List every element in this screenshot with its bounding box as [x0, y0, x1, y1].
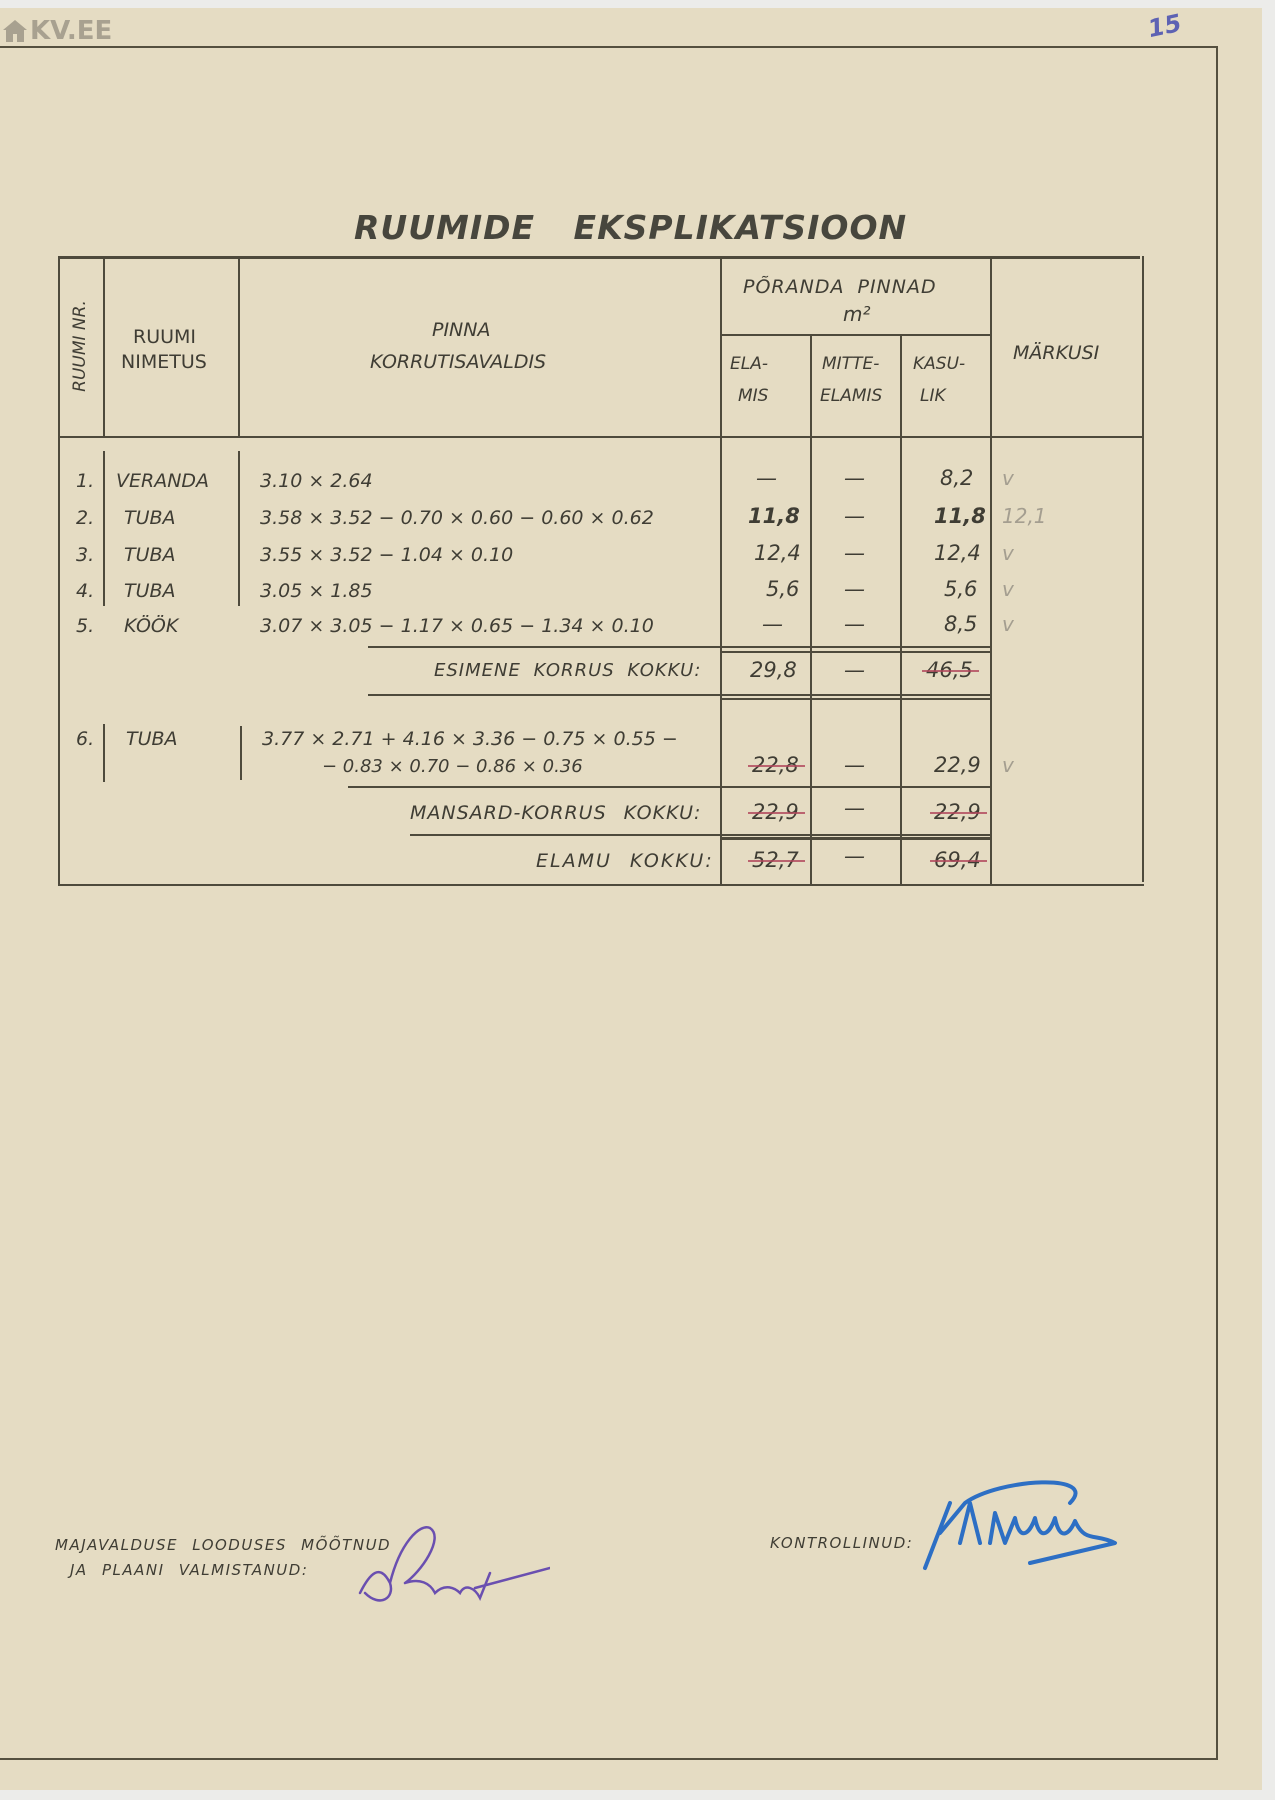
page-title: RUUMIDE EKSPLIKATSIOON — [354, 208, 907, 247]
header-room-no: RUUMI NR. — [70, 296, 90, 396]
row-no: 3. — [76, 544, 94, 566]
subtotal-useful: 46,5 — [926, 658, 973, 682]
row-formula: 3.10 × 2.64 — [260, 470, 373, 492]
row-name: VERANDA — [116, 470, 209, 492]
total-nonliving: — — [844, 844, 865, 868]
row-name: TUBA — [124, 544, 176, 566]
row-useful: 11,8 — [934, 504, 986, 528]
header-room-name-1: RUUMI — [133, 326, 196, 348]
row-living: 22,8 — [752, 753, 799, 777]
row-remark: v — [1002, 541, 1014, 565]
header-room-name-2: NIMETUS — [121, 351, 207, 373]
row-no: 1. — [76, 470, 94, 492]
signature-checker — [920, 1473, 1170, 1583]
checked-by-label: KONTROLLINUD: — [770, 1534, 913, 1552]
row-nonliving: — — [844, 541, 865, 565]
row-remark: v — [1002, 612, 1014, 636]
row-remark: v — [1002, 753, 1014, 777]
header-useful-1: KASU- — [913, 354, 965, 374]
row-name: TUBA — [126, 728, 178, 750]
row-formula: 3.58 × 3.52 − 0.70 × 0.60 − 0.60 × 0.62 — [260, 507, 654, 529]
row-remark: v — [1002, 577, 1014, 601]
header-living-2: MIS — [738, 386, 768, 406]
row-remark: 12,1 — [1002, 504, 1047, 528]
header-floor-areas: PÕRANDA PINNAD — [743, 276, 937, 298]
row-formula-1: 3.77 × 2.71 + 4.16 × 3.36 − 0.75 × 0.55 … — [262, 728, 678, 750]
header-useful-2: LIK — [920, 386, 946, 406]
row-no: 4. — [76, 580, 94, 602]
total-useful: 69,4 — [934, 848, 981, 872]
row-living: 12,4 — [754, 541, 801, 565]
row-formula: 3.55 × 3.52 − 1.04 × 0.10 — [260, 544, 513, 566]
header-formula-2: KORRUTISAVALDIS — [370, 351, 546, 373]
row-useful: 5,6 — [944, 577, 977, 601]
row-nonliving: — — [844, 753, 865, 777]
row-nonliving: — — [844, 466, 865, 490]
row-formula: 3.05 × 1.85 — [260, 580, 373, 602]
row-useful: 12,4 — [934, 541, 981, 565]
header-formula-1: PINNA — [432, 319, 490, 341]
row-living: 5,6 — [766, 577, 799, 601]
row-nonliving: — — [844, 612, 865, 636]
header-living-1: ELA- — [730, 354, 768, 374]
watermark: KV.EE — [2, 16, 112, 46]
row-name: KÖÖK — [124, 615, 178, 637]
row-name: TUBA — [124, 507, 176, 529]
header-remarks: MÄRKUSI — [1013, 342, 1099, 364]
row-name: TUBA — [124, 580, 176, 602]
total-label: ELAMU KOKKU: — [536, 850, 714, 872]
signature-measurer — [350, 1513, 550, 1623]
subtotal-label: ESIMENE KORRUS KOKKU: — [434, 660, 701, 681]
row-no: 2. — [76, 507, 94, 529]
row-remark: v — [1002, 466, 1014, 490]
row-no: 5. — [76, 615, 94, 637]
sheet-number: 15 — [1145, 9, 1183, 43]
row-nonliving: — — [844, 504, 865, 528]
row-formula-2: − 0.83 × 0.70 − 0.86 × 0.36 — [322, 756, 583, 777]
watermark-text: KV.EE — [30, 16, 112, 46]
house-icon — [2, 19, 28, 43]
subtotal-living: 22,9 — [752, 800, 799, 824]
subtotal-nonliving: — — [844, 796, 865, 820]
row-useful: 22,9 — [934, 753, 981, 777]
header-nonliving-1: MITTE- — [822, 354, 879, 374]
header-nonliving-2: ELAMIS — [820, 386, 882, 406]
row-living: — — [756, 466, 777, 490]
row-useful: 8,2 — [940, 466, 973, 490]
row-nonliving: — — [844, 577, 865, 601]
row-living: — — [762, 612, 783, 636]
subtotal-useful: 22,9 — [934, 800, 981, 824]
subtotal-nonliving: — — [844, 658, 865, 682]
row-formula: 3.07 × 3.05 − 1.17 × 0.65 − 1.34 × 0.10 — [260, 615, 654, 637]
document-sheet: KV.EE 15 RUUMIDE EKSPLIKATSIOON RUUMI NR… — [0, 8, 1262, 1790]
explication-table: RUUMI NR. RUUMI NIMETUS PINNA KORRUTISAV… — [58, 256, 1144, 886]
row-no: 6. — [76, 728, 94, 750]
row-useful: 8,5 — [944, 612, 977, 636]
subtotal-living: 29,8 — [750, 658, 797, 682]
header-floor-unit: m² — [843, 302, 871, 326]
total-living: 52,7 — [752, 848, 799, 872]
measured-by-label-1: MAJAVALDUSE LOODUSES MÕÕTNUD — [55, 1536, 391, 1554]
row-living: 11,8 — [748, 504, 800, 528]
measured-by-label-2: JA PLAANI VALMISTANUD: — [70, 1561, 308, 1579]
subtotal-label: MANSARD-KORRUS KOKKU: — [410, 802, 701, 824]
